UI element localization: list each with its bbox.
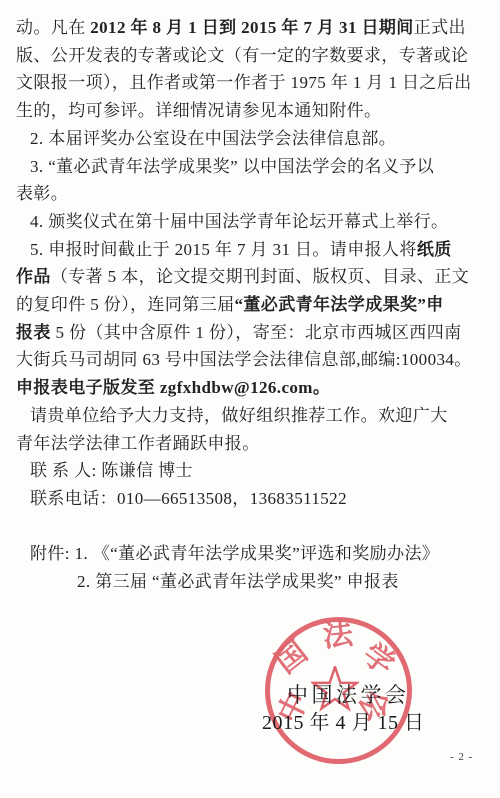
text-line: 联系电话：010—66513508，13683511522 — [16, 485, 486, 513]
text-segment: 申报表电子版发至 zgfxhdbw@126.com。 — [16, 378, 330, 397]
text-segment: 版、公开发表的专著或论文（有一定的字数要求，专著或论 — [16, 46, 468, 65]
official-seal: 中国法学会 2015 年 4 月 15 日 中国法学会 — [265, 617, 412, 764]
text-line: 联 系 人: 陈谦信 博士 — [16, 457, 486, 485]
text-line: 生的，均可参评。详细情况请参见本通知附件。 — [16, 97, 486, 125]
text-segment: 动。凡在 — [16, 18, 90, 37]
text-segment: 3. “董必武青年法学成果奖” 以中国法学会的名义予以 — [30, 157, 434, 176]
text-line: 申报表电子版发至 zgfxhdbw@126.com。 — [16, 374, 486, 402]
text-segment: 联系电话：010—66513508，13683511522 — [30, 489, 347, 508]
text-segment: 附件: 1. 《“董必武青年法学成果奖”评选和奖励办法》 — [30, 544, 439, 563]
text-segment: 2. 第三届 “董必武青年法学成果奖” 申报表 — [77, 572, 399, 591]
text-line: 2. 第三届 “董必武青年法学成果奖” 申报表 — [16, 568, 486, 596]
text-line: 报表 5 份（其中含原件 1 份），寄至：北京市西城区西四南 — [16, 319, 486, 347]
text-segment: 作品 — [16, 267, 51, 286]
text-segment: 2012 年 8 月 1 日到 2015 年 7 月 31 日期间 — [90, 18, 413, 37]
text-line: 文限报一项），且作者或第一作者于 1975 年 1 月 1 日之后出 — [16, 69, 486, 97]
text-line: 动。凡在 2012 年 8 月 1 日到 2015 年 7 月 31 日期间正式… — [16, 14, 486, 42]
text-segment: 4. 颁奖仪式在第十届中国法学青年论坛开幕式上举行。 — [30, 212, 448, 231]
text-segment: 文限报一项），且作者或第一作者于 1975 年 1 月 1 日之后出 — [16, 73, 472, 92]
text-line: 作品（专著 5 本，论文提交期刊封面、版权页、目录、正文 — [16, 263, 486, 291]
document-body: 动。凡在 2012 年 8 月 1 日到 2015 年 7 月 31 日期间正式… — [16, 14, 486, 596]
page-number: - 2 - — [450, 751, 473, 763]
text-line: 请贵单位给予大力支持，做好组织推荐工作。欢迎广大 — [16, 402, 486, 430]
text-segment: 报表 — [16, 323, 51, 342]
text-line — [16, 513, 486, 541]
text-segment: 生的，均可参评。详细情况请参见本通知附件。 — [16, 101, 381, 120]
text-segment: 的复印件 5 份），连同第三届 — [16, 295, 235, 314]
text-line: 附件: 1. 《“董必武青年法学成果奖”评选和奖励办法》 — [16, 540, 486, 568]
text-segment: “董必武青年法学成果奖”申 — [235, 295, 444, 314]
text-line: 3. “董必武青年法学成果奖” 以中国法学会的名义予以 — [16, 153, 486, 181]
text-segment: 请贵单位给予大力支持，做好组织推荐工作。欢迎广大 — [30, 406, 448, 425]
text-segment: 表彰。 — [16, 184, 68, 203]
seal-ring-char: 法 — [322, 620, 355, 653]
text-segment: 2. 本届评奖办公室设在中国法学会法律信息部。 — [30, 129, 396, 148]
text-line: 2. 本届评奖办公室设在中国法学会法律信息部。 — [16, 125, 486, 153]
document-page: 动。凡在 2012 年 8 月 1 日到 2015 年 7 月 31 日期间正式… — [0, 0, 500, 798]
text-segment: 正式出 — [414, 18, 466, 37]
text-segment: 纸质 — [417, 240, 452, 259]
text-line: 表彰。 — [16, 180, 486, 208]
text-line: 4. 颁奖仪式在第十届中国法学青年论坛开幕式上举行。 — [16, 208, 486, 236]
text-segment: （专著 5 本，论文提交期刊封面、版权页、目录、正文 — [51, 267, 469, 286]
text-segment: 5 份（其中含原件 1 份），寄至：北京市西城区西四南 — [51, 323, 462, 342]
text-segment: 联 系 人: 陈谦信 博士 — [30, 461, 193, 480]
seal-org-name: 中国法学会 — [287, 679, 410, 709]
text-line: 版、公开发表的专著或论文（有一定的字数要求，专著或论 — [16, 42, 486, 70]
text-segment: 大街兵马司胡同 63 号中国法学会法律信息部,邮编:100034。 — [16, 350, 472, 369]
text-line: 青年法学法律工作者踊跃申报。 — [16, 430, 486, 458]
text-segment: 青年法学法律工作者踊跃申报。 — [16, 434, 260, 453]
text-line: 5. 申报时间截止于 2015 年 7 月 31 日。请申报人将纸质 — [16, 236, 486, 264]
text-line: 大街兵马司胡同 63 号中国法学会法律信息部,邮编:100034。 — [16, 346, 486, 374]
text-segment: 5. 申报时间截止于 2015 年 7 月 31 日。请申报人将 — [30, 240, 417, 259]
text-line: 的复印件 5 份），连同第三届“董必武青年法学成果奖”申 — [16, 291, 486, 319]
seal-date: 2015 年 4 月 15 日 — [262, 706, 425, 735]
